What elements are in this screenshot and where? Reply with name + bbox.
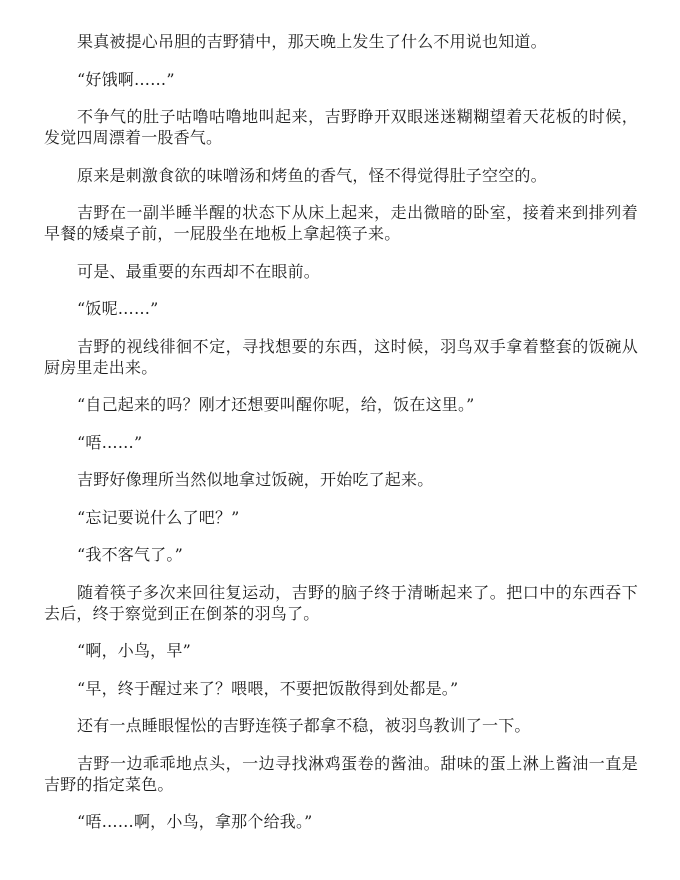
paragraph-narration: 随着筷子多次来回往复运动，吉野的脑子终于清晰起来了。把口中的东西吞下去后，终于察… bbox=[44, 582, 638, 624]
paragraph-narration: 原来是刺激食欲的味噌汤和烤鱼的香气，怪不得觉得肚子空空的。 bbox=[44, 165, 638, 186]
paragraph-dialogue: “好饿啊……” bbox=[44, 69, 638, 90]
paragraph-narration: 吉野的视线徘徊不定，寻找想要的东西，这时候，羽鸟双手拿着整套的饭碗从厨房里走出来… bbox=[44, 336, 638, 378]
document-page: 果真被提心吊胆的吉野猜中，那天晚上发生了什么不用说也知道。 “好饿啊……” 不争… bbox=[44, 31, 638, 849]
paragraph-dialogue: “唔……” bbox=[44, 432, 638, 453]
paragraph-narration: 还有一点睡眼惺忪的吉野连筷子都拿不稳，被羽鸟教训了一下。 bbox=[44, 715, 638, 736]
paragraph-narration: 不争气的肚子咕噜咕噜地叫起来，吉野睁开双眼迷迷糊糊望着天花板的时候，发觉四周漂着… bbox=[44, 106, 638, 148]
paragraph-narration: 吉野好像理所当然似地拿过饭碗，开始吃了起来。 bbox=[44, 469, 638, 490]
paragraph-dialogue: “自己起来的吗？刚才还想要叫醒你呢，给，饭在这里。” bbox=[44, 394, 638, 415]
paragraph-narration: 果真被提心吊胆的吉野猜中，那天晚上发生了什么不用说也知道。 bbox=[44, 31, 638, 52]
paragraph-narration: 吉野在一副半睡半醒的状态下从床上起来，走出微暗的卧室，接着来到排列着早餐的矮桌子… bbox=[44, 202, 638, 244]
paragraph-narration: 可是、最重要的东西却不在眼前。 bbox=[44, 261, 638, 282]
paragraph-dialogue: “唔……啊，小鸟，拿那个给我。” bbox=[44, 811, 638, 832]
paragraph-dialogue: “早，终于醒过来了？喂喂，不要把饭散得到处都是。” bbox=[44, 678, 638, 699]
paragraph-narration: 吉野一边乖乖地点头，一边寻找淋鸡蛋卷的酱油。甜味的蛋上淋上酱油一直是吉野的指定菜… bbox=[44, 753, 638, 795]
paragraph-dialogue: “忘记要说什么了吧？” bbox=[44, 507, 638, 528]
paragraph-dialogue: “啊，小鸟，早” bbox=[44, 640, 638, 661]
paragraph-dialogue: “我不客气了。” bbox=[44, 544, 638, 565]
paragraph-dialogue: “饭呢……” bbox=[44, 298, 638, 319]
